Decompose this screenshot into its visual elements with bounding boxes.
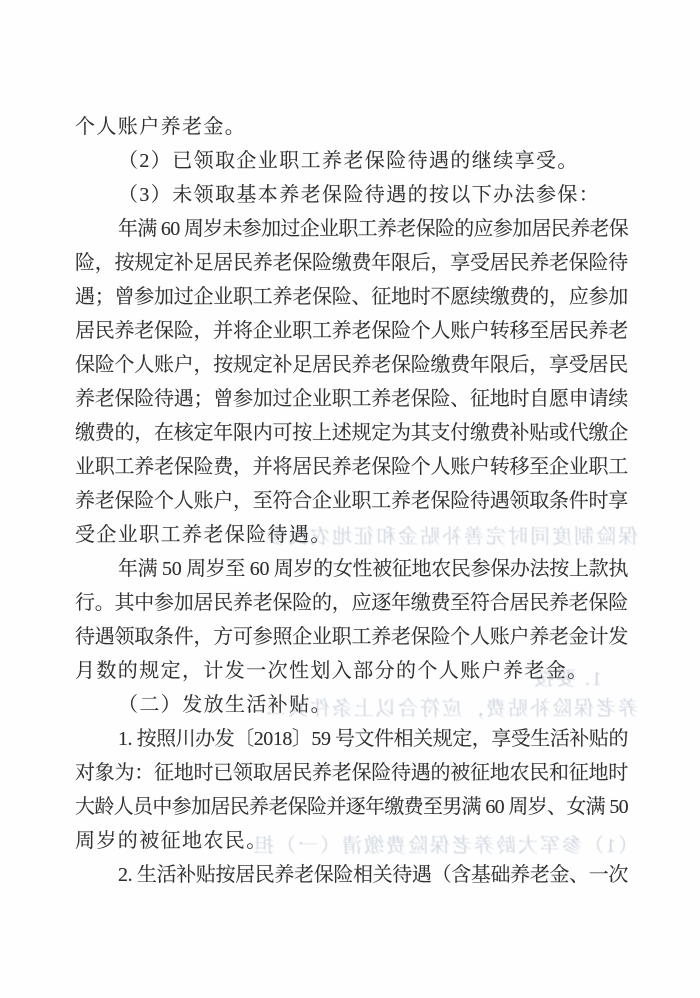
text-line: 缴费的，在核定年限内可按上述规定为其支付缴费补贴或代缴企 (75, 416, 628, 450)
text-line: 行。其中参加居民养老保险的，应逐年缴费至符合居民养老保险 (75, 586, 628, 620)
text-line: 1. 按照川办发〔2018〕59 号文件相关规定，享受生活补贴的 (75, 722, 628, 756)
document-text: 个人账户养老金。（2）已领取企业职工养老保险待遇的继续享受。（3）未领取基本养老… (75, 110, 628, 892)
text-line: （二）发放生活补贴。 (75, 688, 628, 722)
text-line: 养老保险待遇；曾参加过企业职工养老保险、征地时自愿申请续 (75, 382, 628, 416)
text-line: 年满 50 周岁至 60 周岁的女性被征地农民参保办法按上款执 (75, 552, 628, 586)
text-line: 养老保险个人账户，至符合企业职工养老保险待遇领取条件时享 (75, 484, 628, 518)
text-line: 待遇领取条件，方可参照企业职工养老保险个人账户养老金计发 (75, 620, 628, 654)
text-line: 保险个人账户，按规定补足居民养老保险缴费年限后，享受居民 (75, 348, 628, 382)
text-line: 大龄人员中参加居民养老保险并逐年缴费至男满 60 周岁、女满 50 (75, 790, 628, 824)
text-line: 个人账户养老金。 (75, 110, 628, 144)
text-line: 业职工养老保险费，并将居民养老保险个人账户转移至企业职工 (75, 450, 628, 484)
text-line: 对象为：征地时已领取居民养老保险待遇的被征地农民和征地时 (75, 756, 628, 790)
document-page: 个人账户养老金。（2）已领取企业职工养老保险待遇的继续享受。（3）未领取基本养老… (0, 0, 700, 998)
text-line: 年满 60 周岁未参加过企业职工养老保险的应参加居民养老保 (75, 212, 628, 246)
text-line: 2. 生活补贴按居民养老保险相关待遇（含基础养老金、一次 (75, 858, 628, 892)
text-line: 遇；曾参加过企业职工养老保险、征地时不愿续缴费的，应参加 (75, 280, 628, 314)
text-line: 受企业职工养老保险待遇。 (75, 518, 628, 552)
text-line: 月数的规定，计发一次性划入部分的个人账户养老金。 (75, 654, 628, 688)
text-line: 周岁的被征地农民。 (75, 824, 628, 858)
text-line: （3）未领取基本养老保险待遇的按以下办法参保： (75, 178, 628, 212)
text-line: 险，按规定补足居民养老保险缴费年限后，享受居民养老保险待 (75, 246, 628, 280)
text-line: （2）已领取企业职工养老保险待遇的继续享受。 (75, 144, 628, 178)
text-line: 居民养老保险，并将企业职工养老保险个人账户转移至居民养老 (75, 314, 628, 348)
